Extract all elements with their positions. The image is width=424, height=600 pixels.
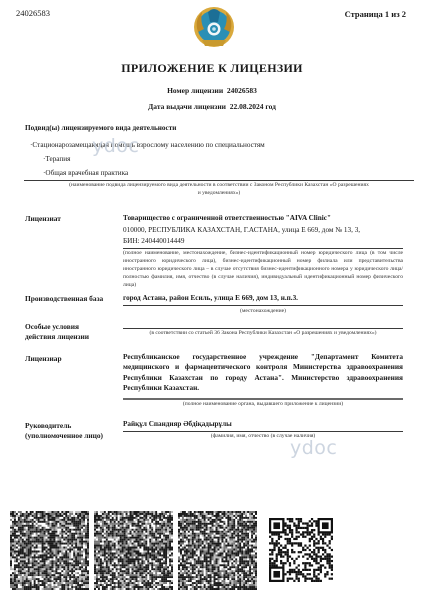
data-matrix-code-1	[10, 511, 89, 590]
qr-code	[269, 518, 333, 582]
label-line: действия лицензии	[25, 332, 89, 342]
label-line: (уполномоченное лицо)	[25, 431, 103, 441]
license-number-label: Номер лицензии	[167, 86, 223, 95]
production-base-label: Производственная база	[25, 294, 103, 304]
data-matrix-code-2	[94, 511, 173, 590]
production-base-value: город Астана, район Есиль, улица Е 669, …	[123, 293, 403, 303]
head-label: Руководитель (уполномоченное лицо)	[25, 421, 103, 441]
licensee-bin: БИН: 240440014449	[123, 236, 403, 246]
watermark: ydoc	[290, 437, 337, 459]
activity-item-label: Терапия	[45, 155, 70, 163]
divider	[123, 431, 403, 432]
label-line: Особые условия	[25, 322, 89, 332]
activity-heading: Подвид(ы) лицензируемого вида деятельнос…	[25, 124, 176, 132]
state-emblem-icon	[190, 2, 238, 50]
data-matrix-code-3	[178, 511, 257, 590]
licensor-value: Республиканское государственное учрежден…	[123, 352, 403, 393]
document-number: 24026583	[16, 8, 50, 18]
licensee-label: Лицензиат	[25, 214, 61, 224]
activity-item: ·Общая врачебная практика	[43, 169, 128, 177]
license-date-value: 22.08.2024 год	[230, 102, 276, 111]
activity-item-label: Общая врачебная практика	[45, 169, 128, 177]
licensee-address: 010000, РЕСПУБЛИКА КАЗАХСТАН, Г.АСТАНА, …	[123, 225, 403, 235]
head-value: Райқұл Спандияр Әбдіқадырұлы	[123, 419, 403, 429]
label-line: Руководитель	[25, 421, 103, 431]
caption-line: и уведомлениях»)	[24, 190, 414, 198]
license-date-row: Дата выдачи лицензии 22.08.2024 год	[0, 102, 424, 111]
page-title: ПРИЛОЖЕНИЕ К ЛИЦЕНЗИИ	[0, 61, 424, 76]
divider	[24, 180, 414, 181]
licensee-name: Товарищество с ограниченной ответственно…	[123, 213, 403, 223]
head-caption: (фамилия, имя, отчество (в случае наличи…	[123, 433, 403, 441]
activity-item: ·Терапия	[43, 155, 70, 163]
activity-caption: (наименование подвида лицензируемого вид…	[24, 182, 414, 197]
license-number-value: 24026583	[227, 86, 257, 95]
caption-line: (наименование подвида лицензируемого вид…	[24, 182, 414, 190]
licensor-caption: (полное наименование органа, выдавшего п…	[123, 401, 403, 409]
divider	[123, 305, 403, 306]
watermark: ydoc	[92, 135, 139, 157]
activity-item-label: Стационарозамещающая помощь взрослому на…	[32, 141, 264, 149]
license-date-label: Дата выдачи лицензии	[148, 102, 226, 111]
production-base-caption: (местонахождение)	[123, 308, 403, 316]
licensor-label: Лицензиар	[25, 354, 62, 364]
special-conditions-caption: (в соответствии со статьей 36 Закона Рес…	[123, 330, 403, 338]
license-number-row: Номер лицензии 24026583	[0, 86, 424, 95]
licensee-caption: (полное наименование, местонахождение, б…	[123, 249, 403, 290]
activity-item: ·Стационарозамещающая помощь взрослому н…	[30, 141, 265, 149]
page-indicator: Страница 1 из 2	[345, 9, 406, 19]
divider	[123, 328, 403, 329]
special-conditions-label: Особые условия действия лицензии	[25, 322, 89, 342]
divider	[123, 398, 403, 400]
